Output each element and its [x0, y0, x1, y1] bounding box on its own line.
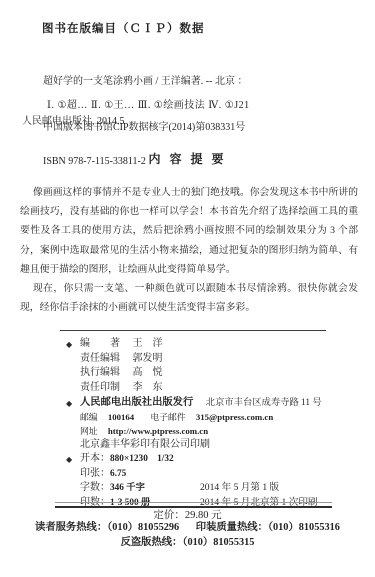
staff-name: 李 东: [133, 382, 163, 393]
email-label: 电子邮件: [150, 412, 185, 422]
postcode-value: 100164: [108, 412, 134, 422]
publisher-name: 人民邮电出版社出版发行: [80, 397, 193, 408]
hotline-line-1: 读者服务热线：（010）81055296 印装质量热线：（010）8105531…: [0, 521, 375, 536]
staff-role: 执行编辑: [80, 366, 130, 381]
printer-name: 北京鑫丰华彩印有限公司印刷: [80, 439, 210, 450]
printer-row: 北京鑫丰华彩印有限公司印刷: [0, 438, 375, 453]
diamond-bullet-icon: ◆: [66, 338, 72, 353]
cip-classification: Ⅰ. ①超… Ⅱ. ①王… Ⅲ. ①绘画技法 Ⅳ. ①J21: [47, 96, 250, 111]
postcode-label: 邮编: [80, 412, 98, 422]
staff-role: 编 著: [80, 337, 130, 352]
website-value: http://www.ptpress.com.cn: [108, 426, 208, 436]
publisher-row: ◆ 人民邮电出版社出版发行 北京市丰台区成寿寺路 11 号: [0, 395, 375, 411]
format-value: 880×1230 1/32: [110, 454, 174, 464]
antipiracy-hotline: 反盗版热线：（010）81055315: [121, 537, 255, 548]
sheets-label: 印张：: [80, 468, 110, 479]
website-label: 网址: [80, 426, 98, 436]
book-copyright-page: 图书在版编目（ＣＩＰ）数据 超好学的一支笔涂鸦小画 / 王洋编著. -- 北京 …: [0, 0, 375, 577]
reader-hotline: 读者服务热线：（010）81055296: [35, 522, 179, 533]
summary-paragraph-1: 像画画这样的事情并不是专业人士的独门绝技哦。你会发现这本书中所讲的绘画技巧，没有…: [20, 183, 358, 279]
divider-rule-top: [60, 330, 326, 331]
staff-row-print-supervisor: 责任印制 李 东: [0, 381, 375, 396]
staff-row-editor: 责任编辑 郭发明: [0, 352, 375, 367]
price-line: 定价：29.80 元: [0, 507, 375, 522]
cip-header: 图书在版编目（ＣＩＰ）数据: [42, 20, 205, 36]
staff-name: 高 悦: [133, 367, 163, 378]
publisher-address: 北京市丰台区成寿寺路 11 号: [206, 398, 322, 408]
staff-name: 王 洋: [133, 338, 163, 349]
cip-title-line: 超好学的一支笔涂鸦小画 / 王洋编著. -- 北京 ：: [0, 75, 375, 88]
quality-hotline: 印装质量热线：（010）81055316: [196, 522, 340, 533]
edition-text: 2014 年 5 月第 1 版: [200, 481, 279, 494]
staff-row-executive-editor: 执行编辑 高 悦: [0, 366, 375, 381]
words-label: 字数：: [80, 482, 110, 493]
sheets-row: 印张：6.75: [0, 467, 375, 481]
postcode-email-row: 邮编 100164 电子邮件 315@ptpress.com.cn: [0, 411, 375, 424]
summary-title: 内 容 提 要: [0, 150, 375, 167]
staff-role: 责任编辑: [80, 352, 130, 367]
diamond-bullet-icon: ◆: [66, 396, 72, 411]
cip-record-number: 中国版本图书馆CIP数据核字(2014)第038331号: [43, 118, 245, 133]
sheets-value: 6.75: [110, 469, 126, 479]
staff-row-author: ◆ 编 著 王 洋: [0, 337, 375, 352]
hotlines-block: 读者服务热线：（010）81055296 印装质量热线：（010）8105531…: [0, 521, 375, 550]
staff-role: 责任印制: [80, 381, 130, 396]
website-row: 网址 http://www.ptpress.com.cn: [0, 425, 375, 438]
email-value: 315@ptpress.com.cn: [196, 412, 273, 422]
colophon-block: ◆ 编 著 王 洋 责任编辑 郭发明 执行编辑 高 悦 责任印制 李 东 ◆ 人…: [0, 337, 375, 510]
wordcount-edition-row: 字数：346 千字 2014 年 5 月第 1 版: [0, 481, 375, 495]
staff-name: 郭发明: [133, 353, 163, 364]
diamond-bullet-icon: ◆: [66, 453, 72, 466]
words-value: 346 千字: [110, 483, 145, 493]
summary-block: 像画画这样的事情并不是专业人士的独门绝技哦。你会发现这本书中所讲的绘画技巧，没有…: [20, 183, 358, 317]
format-row: ◆ 开本：880×1230 1/32: [0, 452, 375, 466]
hotline-line-2: 反盗版热线：（010）81055315: [0, 536, 375, 551]
format-label: 开本：: [80, 453, 110, 464]
summary-paragraph-2: 现在，你只需一支笔、一种颜色就可以跟随本书尽情涂鸦。很快你就会发现，经你信手涂抹…: [20, 279, 358, 317]
